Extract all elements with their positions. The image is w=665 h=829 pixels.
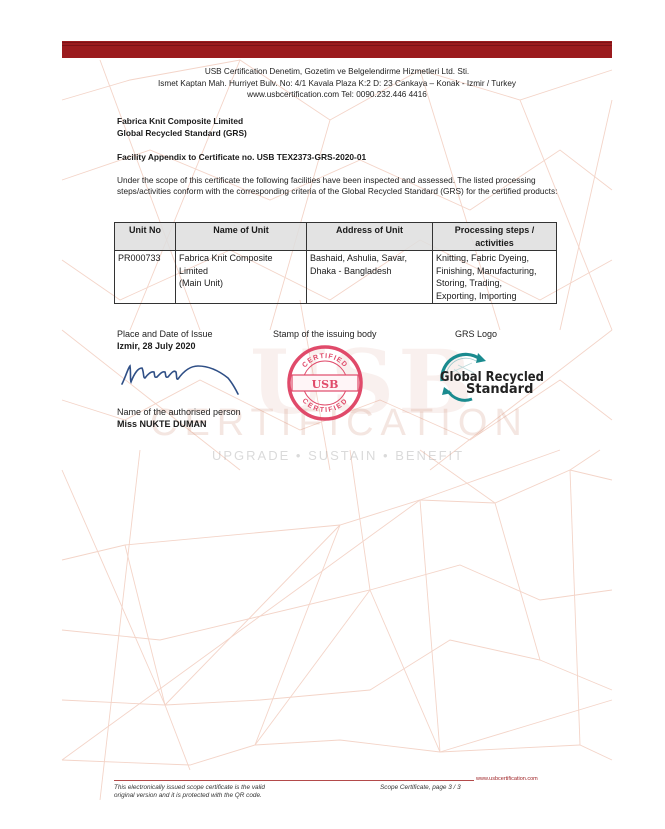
place-date-value: Izmir, 28 July 2020	[117, 341, 196, 351]
steps-line: Finishing, Manufacturing,	[436, 265, 553, 278]
grs-logo-label: GRS Logo	[455, 329, 497, 339]
steps-line: Knitting, Fabric Dyeing,	[436, 252, 553, 265]
column-header-name: Name of Unit	[176, 223, 307, 251]
steps-line: Storing, Trading,	[436, 277, 553, 290]
signature-image	[118, 356, 248, 398]
certificate-holder: Fabrica Knit Composite Limited Global Re…	[117, 115, 247, 139]
cell-steps: Knitting, Fabric Dyeing, Finishing, Manu…	[433, 251, 557, 304]
name-line: Limited	[179, 265, 303, 278]
header-brand-bar	[62, 41, 612, 58]
authorised-person-label: Name of the authorised person	[117, 407, 241, 417]
table-header-row: Unit No Name of Unit Address of Unit Pro…	[115, 223, 557, 251]
column-header-address: Address of Unit	[307, 223, 433, 251]
grs-logo-line2: Standard	[466, 382, 533, 397]
cell-address: Bashaid, Ashulia, Savar, Dhaka - Banglad…	[307, 251, 433, 304]
footer-url[interactable]: www.usbcertification.com	[476, 776, 538, 782]
cell-unit-no: PR000733	[115, 251, 176, 304]
issuer-address: Ismet Kaptan Mah. Hurriyet Bulv. No: 4/1…	[62, 78, 612, 90]
grs-logo: Global Recycled Standard	[428, 347, 548, 405]
address-line: Dhaka - Bangladesh	[310, 265, 429, 278]
stamp-center-text: USB	[312, 378, 339, 391]
footer-page-info: Scope Certificate, page 3 / 3	[380, 784, 461, 791]
authorised-person-name: Miss NUKTE DUMAN	[117, 419, 207, 429]
footer-divider	[114, 780, 474, 781]
column-header-unit-no: Unit No	[115, 223, 176, 251]
issuer-name: USB Certification Denetim, Gozetim ve Be…	[62, 66, 612, 78]
name-line: Fabrica Knit Composite	[179, 252, 303, 265]
usb-certified-stamp: CERTIFIED USB CERTIFIED	[286, 344, 364, 422]
company-name: Fabrica Knit Composite Limited	[117, 115, 247, 127]
footer-note-line: original version and it is protected wit…	[114, 792, 265, 800]
footer-validity-note: This electronically issued scope certifi…	[114, 784, 265, 801]
stamp-bottom-text: CERTIFIED	[301, 397, 350, 414]
steps-line: Exporting, Importing	[436, 290, 553, 303]
column-header-steps: Processing steps / activities	[433, 223, 557, 251]
name-line: (Main Unit)	[179, 277, 303, 290]
footer-note-line: This electronically issued scope certifi…	[114, 784, 265, 792]
stamp-label: Stamp of the issuing body	[273, 329, 377, 339]
cell-name: Fabrica Knit Composite Limited (Main Uni…	[176, 251, 307, 304]
place-date-label: Place and Date of Issue	[117, 329, 213, 339]
table-row: PR000733 Fabrica Knit Composite Limited …	[115, 251, 557, 304]
facilities-table: Unit No Name of Unit Address of Unit Pro…	[114, 222, 557, 304]
appendix-title: Facility Appendix to Certificate no. USB…	[117, 152, 366, 162]
issuer-contact: www.usbcertification.com Tel: 0090.232.4…	[62, 89, 612, 101]
intro-text: Under the scope of this certificate the …	[117, 175, 562, 198]
issuer-header: USB Certification Denetim, Gozetim ve Be…	[62, 66, 612, 101]
address-line: Bashaid, Ashulia, Savar,	[310, 252, 429, 265]
standard-name: Global Recycled Standard (GRS)	[117, 127, 247, 139]
watermark-tagline: UPGRADE • SUSTAIN • BENEFIT	[212, 448, 464, 463]
